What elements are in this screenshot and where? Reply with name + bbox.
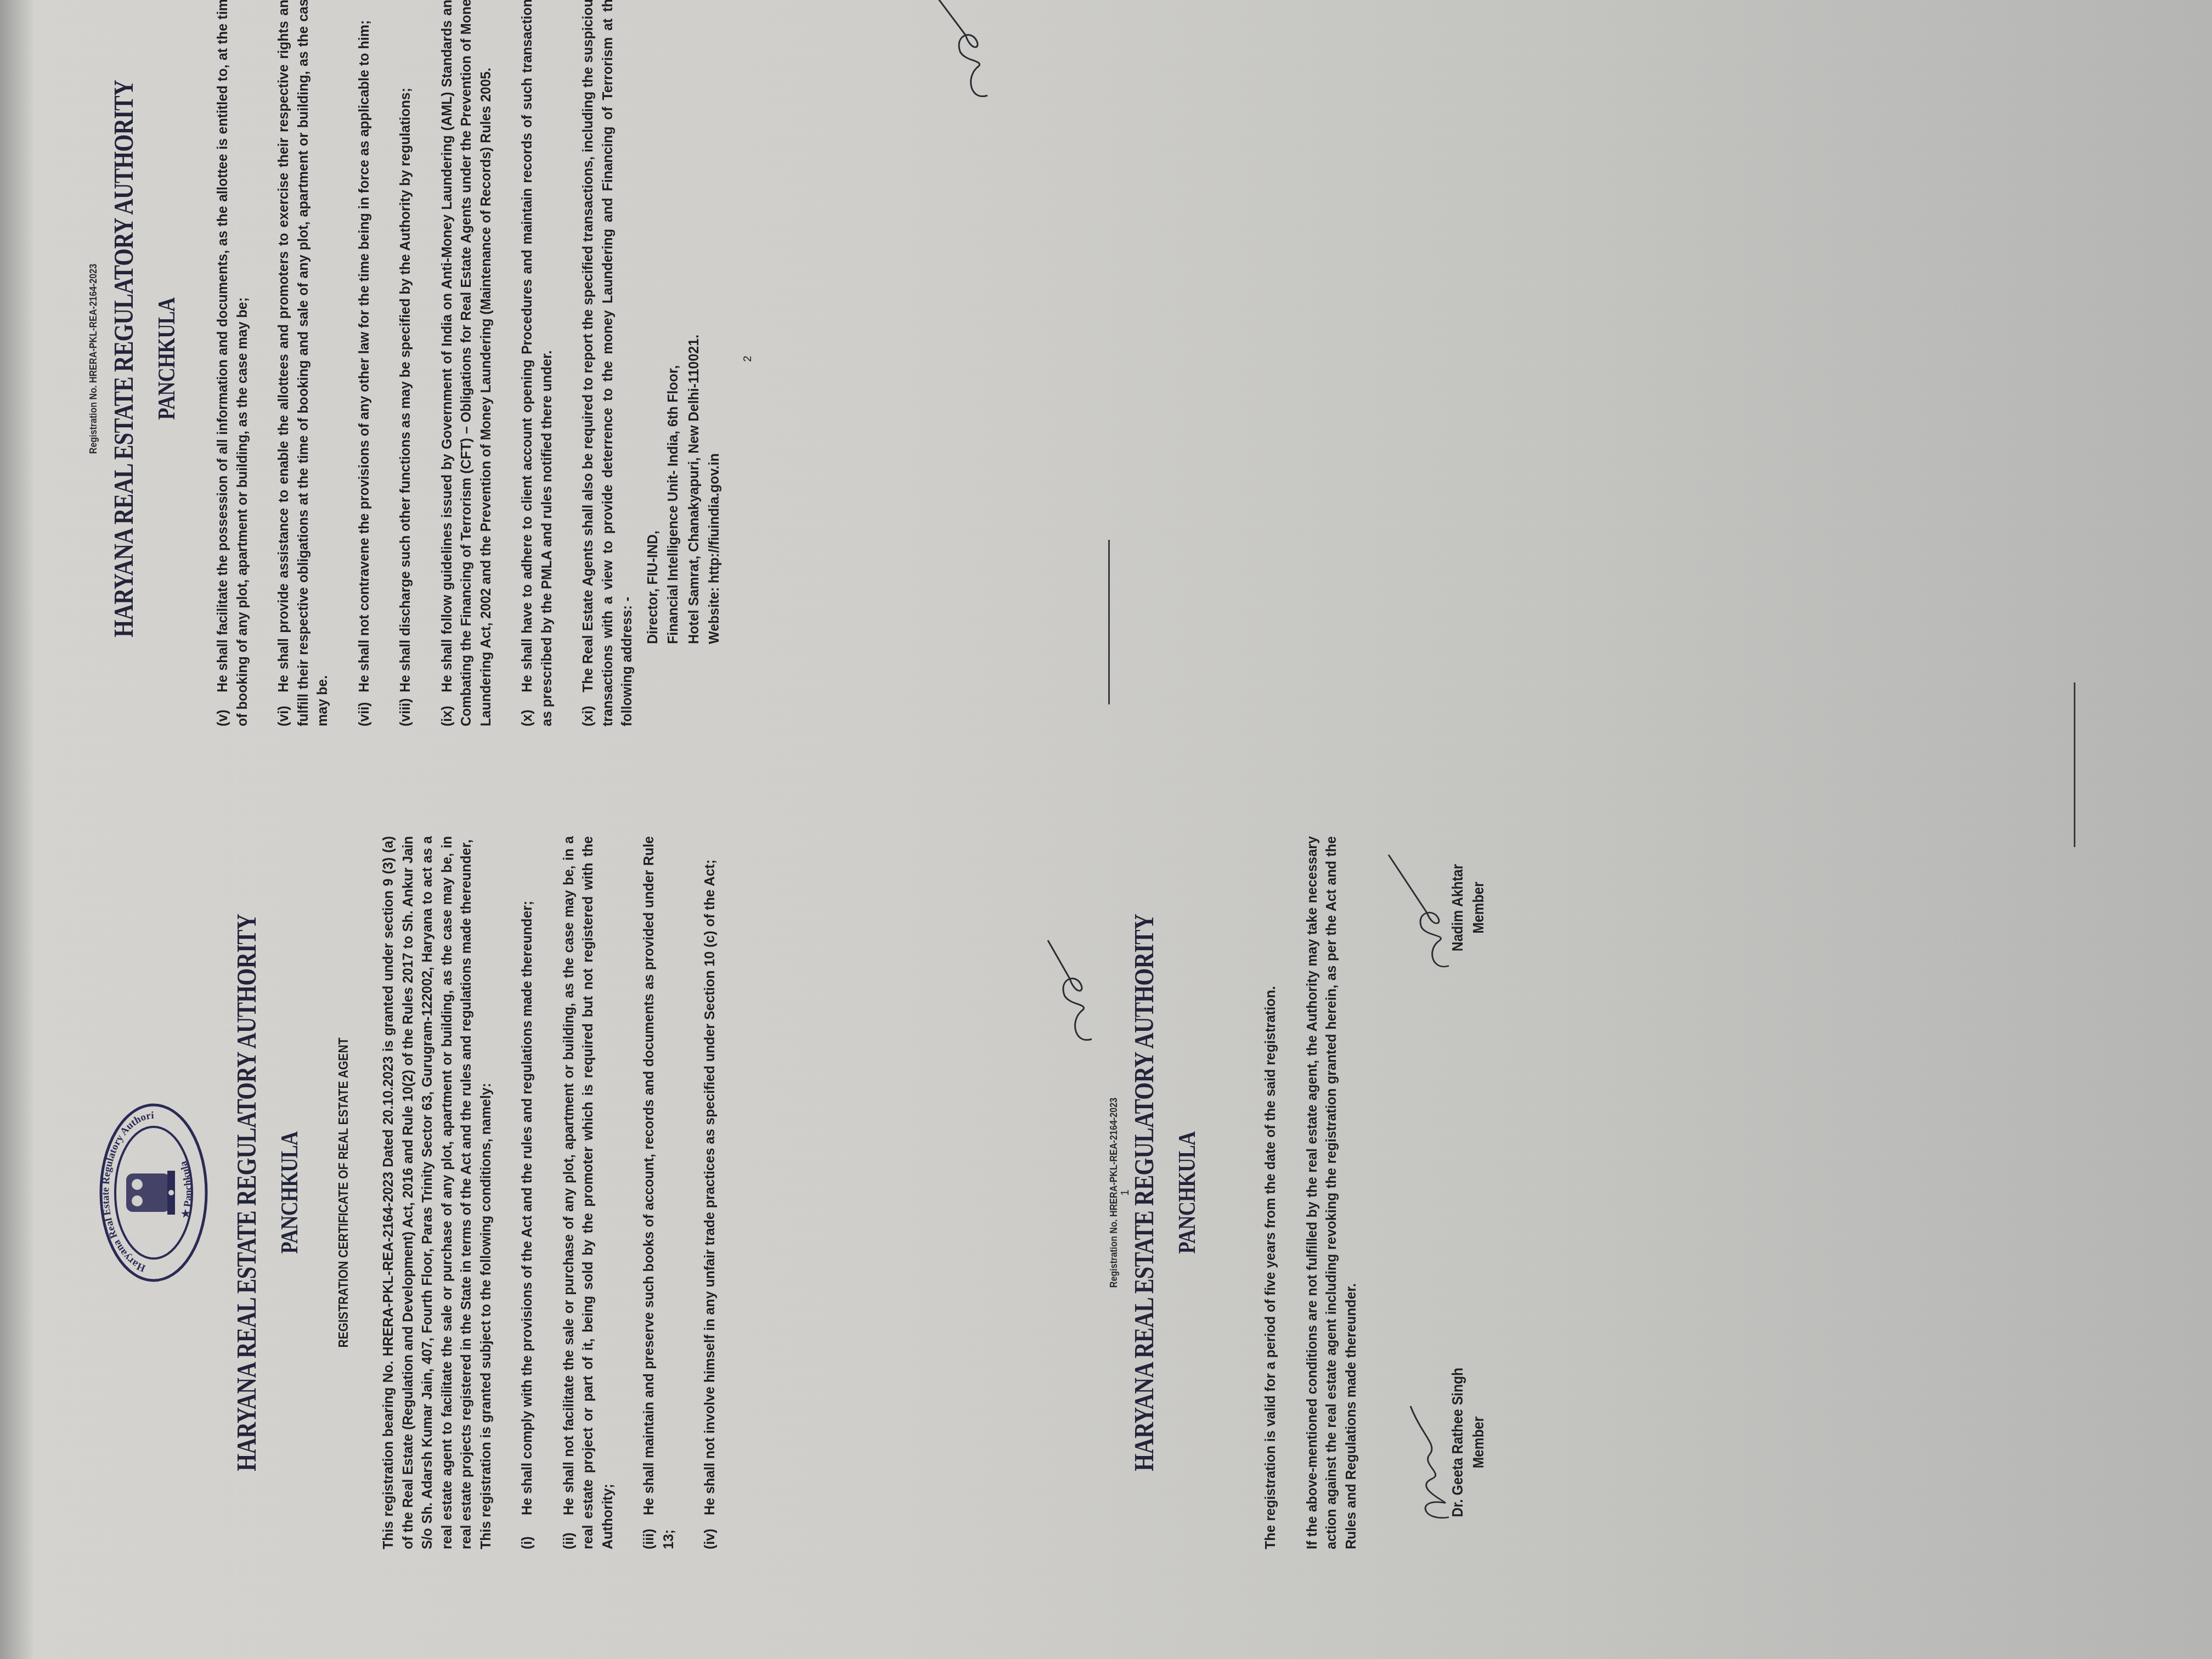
condition-item: (ix)He shall follow guidelines issued by… — [438, 0, 496, 726]
condition-item: (v)He shall facilitate the possession of… — [213, 0, 252, 726]
condition-item: (viii)He shall discharge such other func… — [396, 0, 416, 726]
validity-paragraph: The registration is valid for a period o… — [1261, 836, 1281, 1549]
fold-line — [2074, 682, 2075, 847]
authority-title: HARYANA REAL ESTATE REGULATORY AUTHORITY — [230, 900, 262, 1485]
registration-number: HRERA-PKL-REA-2164-2023 — [381, 1172, 396, 1356]
certificate-page-3: Registration No. HRERA-PKL-REA-2164-2023… — [1108, 836, 1986, 1549]
authority-city: PANCHKULA — [275, 900, 303, 1485]
svg-text:★ Panchkula: ★ Panchkula — [177, 1159, 194, 1220]
condition-item: (x)He shall have to adhere to client acc… — [518, 0, 557, 726]
signature-icon — [1042, 935, 1108, 1045]
authority-city: PANCHKULA — [1173, 900, 1201, 1485]
authority-title: HARYANA REAL ESTATE REGULATORY AUTHORITY — [108, 58, 139, 661]
condition-item: (xi)The Real Estate Agents shall also be… — [579, 0, 637, 726]
initials-signature — [1042, 935, 1111, 1045]
condition-item: (ii)He shall not facilitate the sale or … — [560, 836, 618, 1549]
certificate-page-1: Haryana Real Estate Regulatory Authority… — [99, 836, 1119, 1549]
fold-line — [1108, 540, 1110, 704]
authority-city: PANCHKULA — [153, 58, 180, 661]
condition-item: (i)He shall comply with the provisions o… — [518, 836, 538, 1549]
emblem-icon: Haryana Real Estate Regulatory Authority… — [99, 1102, 208, 1283]
registration-no-header: Registration No. HRERA-PKL-REA-2164-2023 — [88, 47, 100, 672]
fiu-address: Director, FIU-IND, Financial Intelligenc… — [643, 0, 725, 644]
intro-paragraph: This registration bearing No. HRERA-PKL-… — [379, 836, 496, 1549]
document-photo: Haryana Real Estate Regulatory Authority… — [0, 0, 2212, 1659]
signatories: Dr. Geeta Rathee Singh Member Nadim Akht… — [1449, 836, 1487, 1549]
authority-title: HARYANA REAL ESTATE REGULATORY AUTHORITY — [1128, 900, 1160, 1485]
signatory-nadim-akhtar: Nadim Akhtar Member — [1449, 864, 1487, 951]
condition-item: (iv)He shall not involve himself in any … — [701, 836, 720, 1549]
conditions-intro: This registration is granted subject to … — [478, 1083, 494, 1549]
signature-icon — [1383, 845, 1460, 971]
certificate-heading: REGISTRATION CERTIFICATE OF REAL ESTATE … — [336, 879, 352, 1506]
condition-item: (vii)He shall not contravene the provisi… — [355, 0, 375, 726]
fiu-website: Website: http://fiuindia.gov.in — [704, 0, 725, 644]
registration-no-header: Registration No. HRERA-PKL-REA-2164-2023 — [1108, 890, 1120, 1496]
revocation-paragraph: If the above-mentioned conditions are no… — [1303, 836, 1362, 1549]
signatory-geeta-rathee-singh: Dr. Geeta Rathee Singh Member — [1449, 1368, 1487, 1517]
initials-signature — [922, 0, 1012, 101]
certificate-page-2: Registration No. HRERA-PKL-REA-2164-2023… — [88, 0, 1130, 726]
condition-item: (vi)He shall provide assistance to enabl… — [274, 0, 333, 726]
signature-icon — [922, 0, 1009, 101]
authority-seal: Haryana Real Estate Regulatory Authority… — [99, 1102, 208, 1283]
signature-icon — [1400, 1401, 1460, 1527]
page-number: 2 — [742, 0, 754, 726]
condition-item: (iii)He shall maintain and preserve such… — [640, 836, 679, 1549]
registration-date: 20.10.2023 — [381, 1056, 396, 1125]
